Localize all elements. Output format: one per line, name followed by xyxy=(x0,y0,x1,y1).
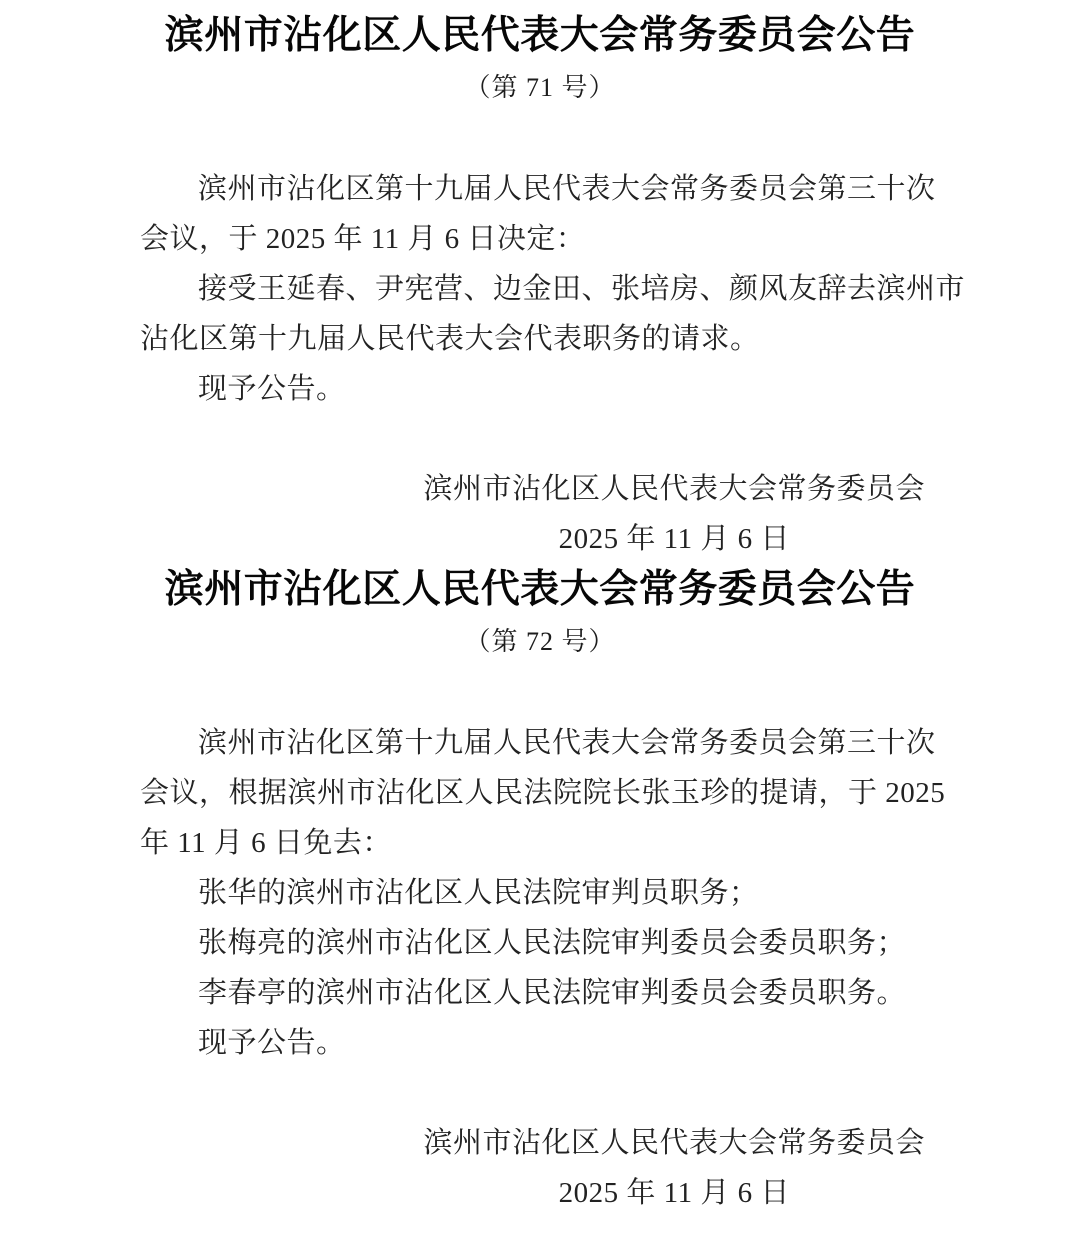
announcement-number: （第 71 号） xyxy=(140,72,940,104)
signature-date: 2025 年 11 月 6 日 xyxy=(423,514,925,564)
body-line: 李春亭的滨州市沾化区人民法院审判委员会委员职务。 xyxy=(140,968,940,1018)
announcement-body: 滨州市沾化区第十九届人民代表大会常务委员会第三十次 会议，根据滨州市沾化区人民法… xyxy=(140,718,940,1068)
body-line: 滨州市沾化区第十九届人民代表大会常务委员会第三十次 xyxy=(140,164,940,214)
body-line: 接受王延春、尹宪营、边金田、张培房、颜风友辞去滨州市 xyxy=(140,264,940,314)
signature-organization: 滨州市沾化区人民代表大会常务委员会 xyxy=(423,1118,925,1168)
body-line: 现予公告。 xyxy=(140,1018,940,1068)
announcement-title: 滨州市沾化区人民代表大会常务委员会公告 xyxy=(140,10,940,62)
body-line: 年 11 月 6 日免去： xyxy=(140,818,940,868)
document-page: 滨州市沾化区人民代表大会常务委员会公告 （第 71 号） 滨州市沾化区第十九届人… xyxy=(0,0,1080,1234)
signature-date: 2025 年 11 月 6 日 xyxy=(423,1168,925,1218)
body-line: 会议，于 2025 年 11 月 6 日决定： xyxy=(140,214,940,264)
announcement-no-71: 滨州市沾化区人民代表大会常务委员会公告 （第 71 号） 滨州市沾化区第十九届人… xyxy=(140,10,940,564)
signature-block: 滨州市沾化区人民代表大会常务委员会 2025 年 11 月 6 日 xyxy=(423,1118,925,1218)
body-line: 滨州市沾化区第十九届人民代表大会常务委员会第三十次 xyxy=(140,718,940,768)
signature-block: 滨州市沾化区人民代表大会常务委员会 2025 年 11 月 6 日 xyxy=(423,464,925,564)
body-line: 张华的滨州市沾化区人民法院审判员职务； xyxy=(140,868,940,918)
body-line: 现予公告。 xyxy=(140,364,940,414)
body-line: 张梅亮的滨州市沾化区人民法院审判委员会委员职务； xyxy=(140,918,940,968)
signature-organization: 滨州市沾化区人民代表大会常务委员会 xyxy=(423,464,925,514)
body-line: 会议，根据滨州市沾化区人民法院院长张玉珍的提请，于 2025 xyxy=(140,768,940,818)
announcement-title: 滨州市沾化区人民代表大会常务委员会公告 xyxy=(140,564,940,616)
announcement-no-72: 滨州市沾化区人民代表大会常务委员会公告 （第 72 号） 滨州市沾化区第十九届人… xyxy=(140,564,940,1218)
announcement-body: 滨州市沾化区第十九届人民代表大会常务委员会第三十次 会议，于 2025 年 11… xyxy=(140,164,940,414)
announcement-number: （第 72 号） xyxy=(140,626,940,658)
body-line: 沾化区第十九届人民代表大会代表职务的请求。 xyxy=(140,314,940,364)
